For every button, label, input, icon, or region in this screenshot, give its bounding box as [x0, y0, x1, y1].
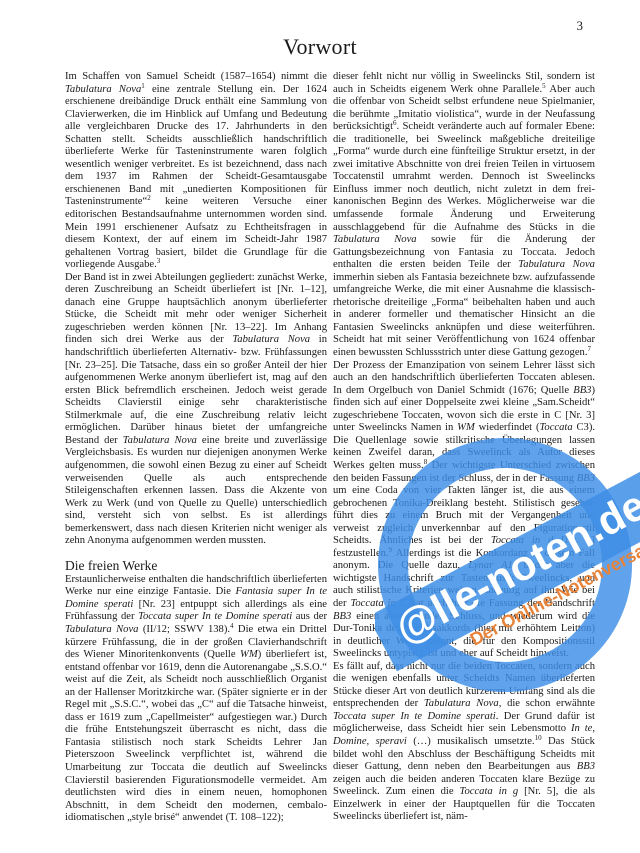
footnote-ref: 3: [157, 257, 161, 265]
footnote-ref: 10: [535, 734, 542, 742]
italic-text: BB3: [573, 385, 591, 396]
paragraph: Es fällt auf, dass nicht nur die beiden …: [333, 661, 595, 824]
italic-text: BB3: [333, 611, 351, 622]
italic-text: Toccata super In te Domine sperati: [333, 711, 496, 722]
text-run: aus der: [292, 611, 327, 622]
text-run: immerhin sieben als Fantasia bezeichnete…: [333, 272, 595, 358]
italic-text: Tabulatura Nova: [65, 84, 141, 95]
paragraph: Der Band ist in zwei Abteilungen geglied…: [65, 272, 327, 548]
italic-text: WM: [240, 649, 258, 660]
text-run: (II/12; SSWV 138).: [138, 624, 230, 635]
italic-text: Tabulatura Nova: [424, 698, 499, 709]
italic-text: Toccata in g: [460, 786, 519, 797]
footnote-ref: 7: [587, 345, 591, 353]
text-run: . Scheidt veränderte auch auf formaler E…: [333, 121, 595, 232]
italic-text: Lynar A1: [468, 560, 513, 571]
paragraph: Erstaunlicherweise enthalten die handsch…: [65, 574, 327, 825]
italic-text: BB3: [577, 761, 595, 772]
italic-text: WM: [457, 422, 475, 433]
italic-text: Toccata super In te Domine sperati: [138, 611, 292, 622]
text-run: in handschriftlich überlieferten Alterna…: [65, 334, 327, 445]
text-run: eine zentrale Stellung ein. Der 1624 ers…: [65, 84, 327, 208]
page-title: Vorwort: [0, 34, 640, 60]
text-run: (…) musikalisch umsetzte.: [407, 736, 535, 747]
italic-text: Toccata in C: [350, 598, 406, 609]
italic-text: Tabulatura Nova: [123, 435, 197, 446]
italic-text: Toccata in d: [491, 535, 554, 546]
text-run: Der Prozess der Emanzipation von seinem …: [333, 360, 595, 396]
text-run: keine weiteren Versuche einer editorisch…: [65, 196, 327, 270]
italic-text: Tabulatura Nova: [518, 259, 595, 270]
page-number: 3: [577, 18, 584, 34]
text-run: ) überliefert ist, entstand offenbar vor…: [65, 649, 327, 823]
italic-text: Tabulatura Nova: [333, 234, 417, 245]
left-column: Im Schaffen von Samuel Scheidt (1587–165…: [65, 71, 327, 825]
section-heading: Die freien Werke: [65, 558, 327, 573]
paragraph: dieser fehlt nicht nur völlig in Sweelin…: [333, 71, 595, 360]
text-run: einen abweichenden Schluss, und wiederum…: [333, 611, 595, 660]
text-run: eine breite und zuverlässige Vergleichsb…: [65, 435, 327, 546]
right-column: dieser fehlt nicht nur völlig in Sweelin…: [333, 71, 595, 824]
italic-text: Toccata: [539, 422, 572, 433]
text-run: wiederfindet (: [475, 422, 540, 433]
italic-text: BB3: [577, 473, 595, 484]
text-run: , die schon erwähnte: [499, 698, 595, 709]
italic-text: Tabulatura Nova: [232, 334, 310, 345]
text-run: hat auch hier die Fassung der Handschrif…: [407, 598, 595, 609]
paragraph: Im Schaffen von Samuel Scheidt (1587–165…: [65, 71, 327, 272]
text-run: Im Schaffen von Samuel Scheidt (1587–165…: [65, 71, 327, 82]
paragraph: Der Prozess der Emanzipation von seinem …: [333, 360, 595, 661]
italic-text: Tabulatura Nova: [65, 624, 138, 635]
